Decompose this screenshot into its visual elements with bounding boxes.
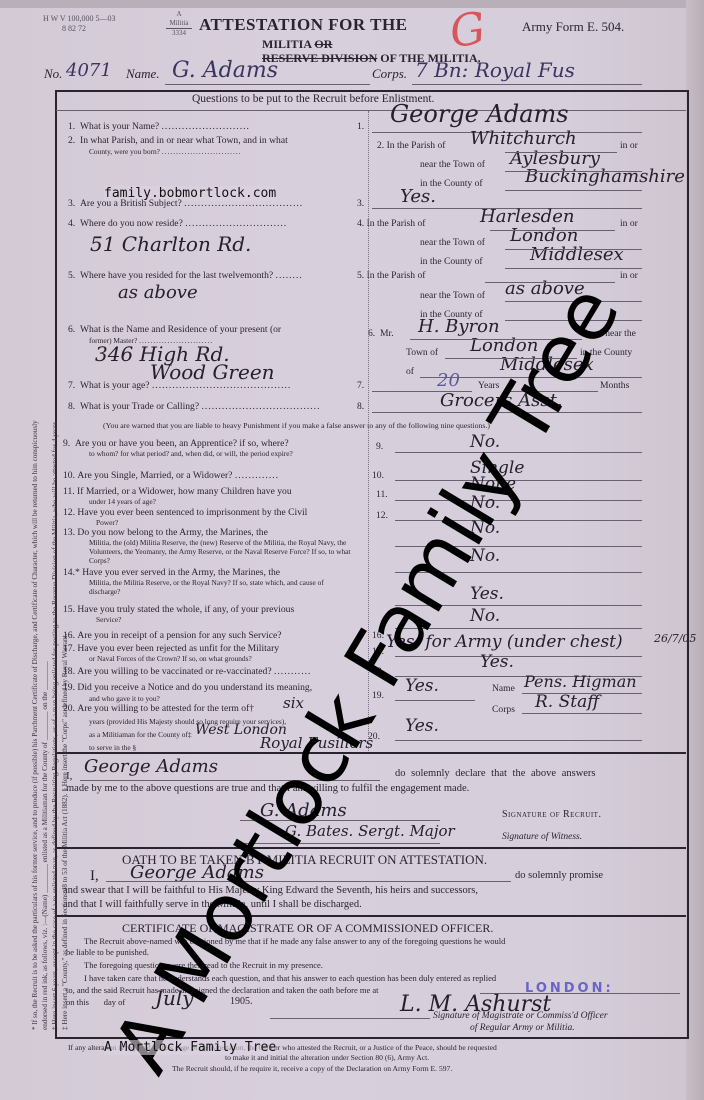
- document-page: H W V 100,000 5—03 8 82 72 A Militia 333…: [0, 0, 704, 1100]
- answer-2-parish: Whitchurch: [470, 128, 577, 149]
- question-2-sub: County, were you born? .................…: [89, 147, 242, 156]
- question-14-sub: Militia, the Militia Reserve, or the Roy…: [89, 578, 354, 596]
- question-11-sub: under 14 years of age?: [89, 497, 156, 506]
- question-18: 18. Are you willing to be vaccinated or …: [63, 666, 311, 677]
- name-label: Name.: [126, 66, 160, 82]
- answer-4-town-label: near the Town of: [420, 237, 485, 248]
- oath-text-1: do solemnly promise: [515, 870, 603, 881]
- answer-4-county-label: in the County of: [420, 256, 483, 267]
- certificate-text-1: The Recruit above-named was cautioned by…: [84, 936, 505, 946]
- margin-date-note: 26/7/05: [654, 632, 696, 645]
- months-label: Months: [600, 380, 629, 391]
- question-11: 11. If Married, or a Widower, how many C…: [63, 486, 292, 497]
- caption-watermark: A Mortlock Family Tree: [104, 1040, 276, 1055]
- answer-9-number: 9.: [376, 441, 383, 452]
- question-9: 9. Are you or have you been, an Apprenti…: [63, 438, 289, 449]
- answer-5-town-label: near the Town of: [420, 290, 485, 301]
- rule: [505, 152, 617, 153]
- declaration-name: George Adams: [84, 756, 218, 777]
- corps-value: 7 Bn: Royal Fus: [415, 58, 575, 82]
- in-or-label: in or: [620, 270, 638, 281]
- footer-note-3: The Recruit should, if he require it, re…: [172, 1064, 452, 1073]
- officer-signature-label-2: of Regular Army or Militia.: [470, 1023, 575, 1033]
- question-8: 8. What is your Trade or Calling? ......…: [68, 401, 320, 412]
- officer-signature-label: Signature of Magistrate or Commiss'd Off…: [433, 1011, 608, 1021]
- section-rule: [56, 847, 686, 849]
- rule: [505, 249, 642, 250]
- heading-rule: [56, 110, 686, 111]
- recruit-signature-label: Signature of Recruit.: [502, 809, 601, 820]
- answer-7-number: 7.: [357, 380, 364, 391]
- answer-10-number: 10.: [372, 470, 384, 481]
- in-or-label: in or: [620, 218, 638, 229]
- answer-11-number: 11.: [376, 489, 388, 500]
- rule: [505, 171, 642, 172]
- print-code: H W V 100,000 5—03: [43, 14, 116, 23]
- answer-12-number: 12.: [376, 510, 388, 521]
- answer-8-number: 8.: [357, 401, 364, 412]
- corps-label: Corps.: [372, 66, 407, 82]
- certificate-text-1b: be liable to be punished.: [66, 947, 149, 957]
- question-16: 16. Are you in receipt of a pension for …: [63, 630, 281, 641]
- question-12-sub: Power?: [96, 518, 118, 527]
- paper-edge: [0, 0, 704, 8]
- section-rule: [56, 915, 686, 917]
- answer-7-years: 20: [437, 370, 460, 391]
- question-17-sub: or Naval Forces of the Crown? If so, on …: [89, 654, 252, 663]
- recruit-number: 4071: [66, 60, 112, 81]
- question-17: 17. Have you ever been rejected as unfit…: [63, 643, 279, 654]
- answer-2-town-label: near the Town of: [420, 159, 485, 170]
- side-footnotes: * If so, the Recruit is to be asked the …: [30, 420, 70, 1030]
- form-ref: A Militia 3334: [166, 10, 192, 38]
- question-19: 19. Did you receive a Notice and do you …: [63, 682, 312, 693]
- rule: [106, 881, 511, 882]
- answer-3-number: 3.: [357, 198, 364, 209]
- question-3: 3. Are you a British Subject? ..........…: [68, 198, 303, 209]
- question-4: 4. Where do you now reside? ............…: [68, 218, 287, 229]
- notice-name-label: Name: [492, 683, 515, 694]
- corps-underline: [412, 84, 642, 85]
- question-19-sub: and who gave it to you?: [89, 694, 160, 703]
- rule: [522, 713, 642, 714]
- answer-2-county: Buckinghamshire: [525, 166, 685, 187]
- rule: [490, 230, 615, 231]
- print-code-2: 8 82 72: [62, 24, 86, 33]
- army-form-number: Army Form E. 504.: [522, 19, 624, 35]
- rule: [505, 268, 642, 269]
- question-9-sub: to whom? for what period? and, when did,…: [89, 449, 354, 458]
- of-label: of: [406, 366, 414, 377]
- answer-3: Yes.: [400, 186, 436, 207]
- recruit-number-label: No.: [44, 66, 62, 82]
- recruit-name: G. Adams: [172, 58, 278, 83]
- in-or-label: in or: [620, 140, 638, 151]
- notice-corps: R. Staff: [535, 692, 599, 712]
- document-title: ATTESTATION FOR THE: [199, 15, 408, 35]
- question-15-sub: Service?: [96, 615, 121, 624]
- answer-4-parish: Harlesden: [480, 206, 574, 227]
- question-6: 6. What is the Name and Residence of you…: [68, 324, 281, 335]
- question-15: 15. Have you truly stated the whole, if …: [63, 604, 294, 615]
- rule: [522, 693, 642, 694]
- answer-4-town: London: [510, 225, 578, 246]
- witness-signature-label: Signature of Witness.: [502, 832, 582, 842]
- question-20-sub3: to serve in the §: [89, 743, 136, 752]
- answer-6-master: H. Byron: [418, 316, 500, 337]
- answer-4-address: 51 Charlton Rd.: [90, 232, 251, 256]
- answer-2-parish-label: 2. In the Parish of: [377, 140, 445, 151]
- answer-1: George Adams: [390, 100, 569, 128]
- certificate-year: 1905.: [230, 996, 253, 1007]
- false-answer-warning: (You are warned that you are liable to h…: [103, 421, 490, 430]
- subtitle-militia: MILITIA OR: [262, 37, 332, 52]
- answer-16: No.: [470, 606, 500, 626]
- question-2: 2. In what Parish, and in or near what T…: [68, 135, 288, 146]
- question-14: 14.* Have you ever served in the Army, t…: [63, 567, 280, 578]
- question-13: 13. Do you now belong to the Army, the M…: [63, 527, 268, 538]
- answer-1-number: 1.: [357, 121, 364, 132]
- question-1: 1. What is your Name? ..................…: [68, 121, 250, 132]
- question-10: 10. Are you Single, Married, or a Widowe…: [63, 470, 279, 481]
- answer-4-county: Middlesex: [530, 244, 624, 265]
- answer-6-town-label: Town of: [406, 347, 438, 358]
- oath-i-label: I,: [90, 868, 99, 885]
- answer-20: Yes.: [405, 716, 439, 736]
- rule: [505, 190, 642, 191]
- notice-name: Pens. Higman: [524, 672, 637, 691]
- answer-5-left: as above: [118, 282, 198, 303]
- rule: [270, 1018, 430, 1019]
- name-underline: [165, 84, 370, 85]
- question-20-sub2: as a Militiaman for the County of‡: [89, 730, 192, 739]
- question-13-sub: Militia, the (old) Militia Reserve, the …: [89, 538, 354, 565]
- question-20: 20. Are you willing to be attested for t…: [63, 703, 254, 714]
- notice-corps-label: Corps: [492, 704, 515, 715]
- question-5: 5. Where have you resided for the last t…: [68, 270, 303, 281]
- answer-18: Yes.: [480, 652, 514, 672]
- question-12: 12. Have you ever been sentenced to impr…: [63, 507, 307, 518]
- declaration-text-1: do solemnly declare that the above answe…: [395, 768, 596, 779]
- answer-6-mr-label: 6. Mr.: [368, 328, 394, 339]
- rule: [395, 740, 642, 741]
- red-annotation-mark: G: [447, 3, 489, 58]
- question-7: 7. What is your age? ...................…: [68, 380, 291, 391]
